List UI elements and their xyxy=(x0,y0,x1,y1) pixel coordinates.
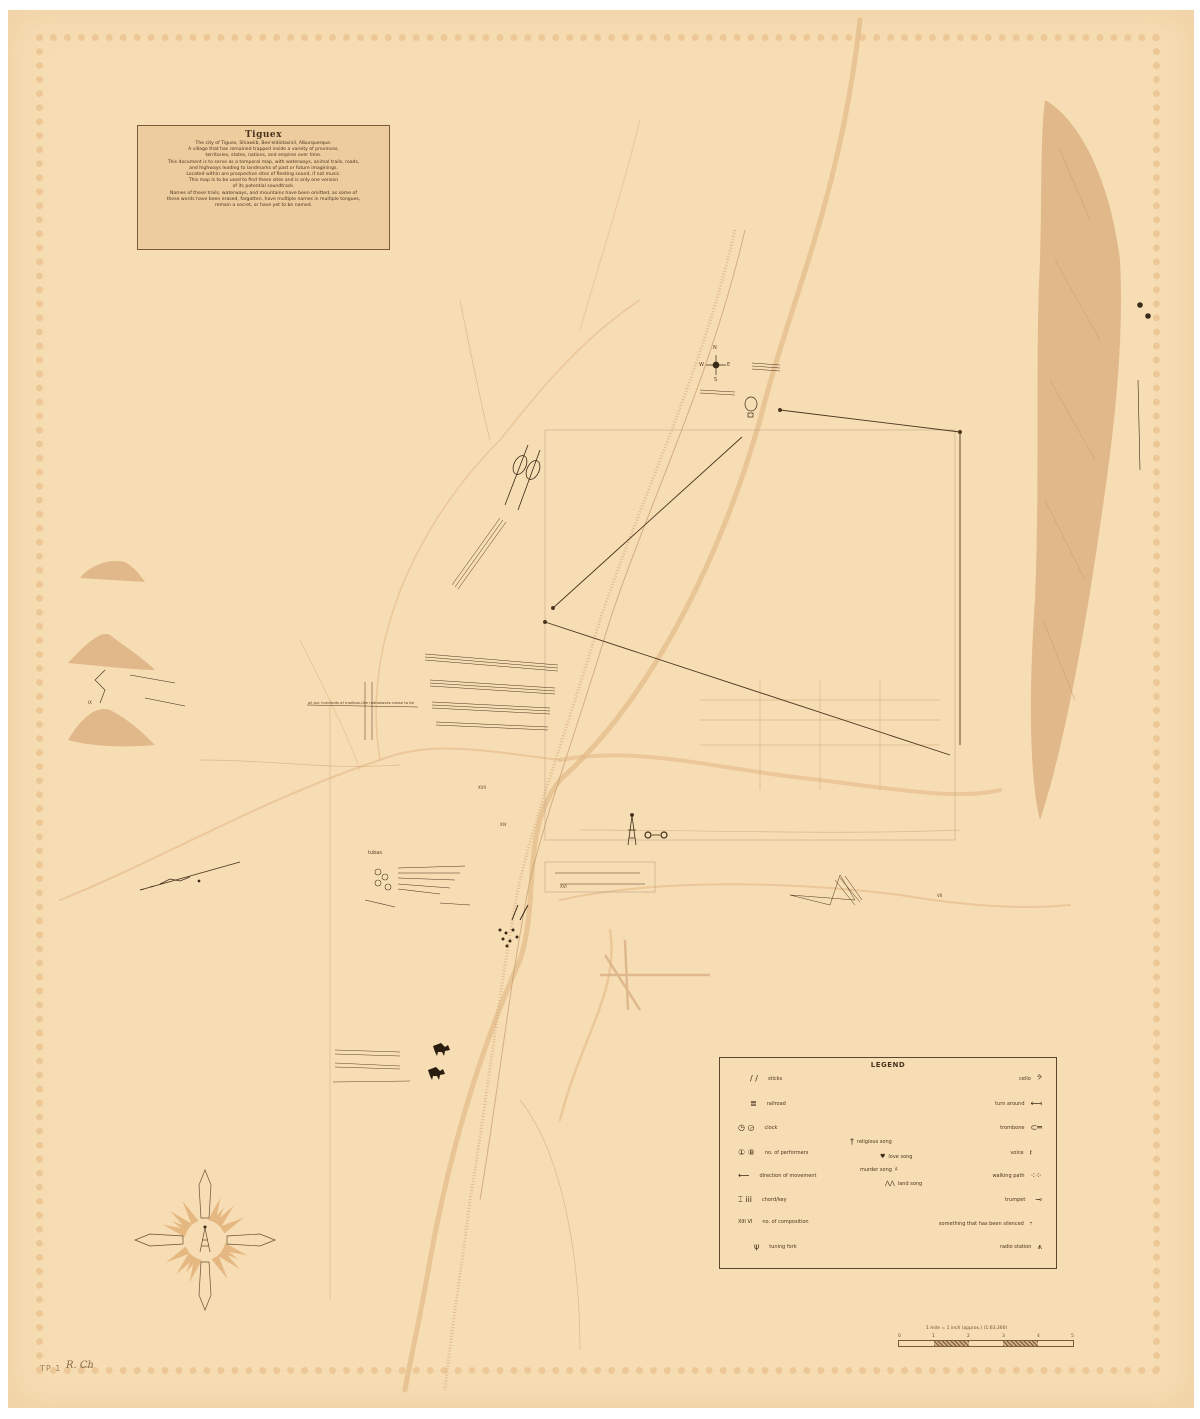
west-mountains xyxy=(68,561,155,747)
legend-item-direction: ⟵ direction of movement xyxy=(738,1171,816,1180)
performers-icon: ① ⑧ xyxy=(738,1148,755,1157)
legend-item-tuning-fork: ψ tuning fork xyxy=(754,1242,797,1251)
legend-label: cello xyxy=(1019,1076,1031,1082)
tubas-drawing xyxy=(365,866,470,907)
arroyo-north-2 xyxy=(580,120,640,330)
crossroads-score xyxy=(307,682,418,740)
highway xyxy=(480,230,745,1200)
road-3 xyxy=(580,830,960,832)
description-line: Names of these trails, waterways, and mo… xyxy=(144,191,383,197)
compass-n-label: N xyxy=(713,345,717,351)
scale-tick: 1 xyxy=(932,1334,935,1339)
legend-item-land-song: ⋀⋀ land song xyxy=(885,1180,922,1187)
hot-air-balloon xyxy=(745,397,757,417)
legend-item-clock: ◷ ◶ clock xyxy=(738,1123,777,1132)
west-procession xyxy=(140,877,200,890)
compass-w-label: W xyxy=(699,362,704,368)
sandia-mountains xyxy=(1031,100,1121,820)
legend-label: love song xyxy=(888,1154,912,1160)
legend-label: chord/key xyxy=(762,1197,787,1203)
legend-item-composition: XIII VI no. of composition xyxy=(738,1219,809,1225)
tributary-east xyxy=(560,755,1000,794)
legend-item-railroad: ≣ railroad xyxy=(750,1099,786,1108)
silenced-icon: 𝄾 xyxy=(1030,1219,1032,1229)
scale-caption: 1 mile = 1 inch (approx.) (1:63,360) xyxy=(926,1326,1007,1331)
horse-riders xyxy=(428,1043,450,1080)
diagonal-score xyxy=(452,518,506,589)
turn-around-icon: ⟻ xyxy=(1031,1099,1042,1108)
radio-station-icon: ⩚ xyxy=(1037,1242,1042,1252)
legend-item-voice: 𝄽 voice xyxy=(1010,1148,1032,1158)
murder-song-icon: ♯ xyxy=(895,1166,898,1173)
description-line: This document is to serve as a temporal … xyxy=(144,160,383,166)
legend-label: land song xyxy=(898,1181,922,1187)
legend-label: radio station xyxy=(1000,1244,1032,1250)
movement-line-nw xyxy=(553,437,742,608)
cello-icon: 𝄢 xyxy=(1037,1074,1042,1084)
crossed-arroyo xyxy=(600,940,710,1010)
legend-item-murder-song: ♯ murder song xyxy=(860,1166,898,1173)
legend-label: clock xyxy=(765,1125,778,1131)
legend-label: tuning fork xyxy=(769,1244,796,1250)
tributary-southeast xyxy=(560,884,1070,907)
central-score xyxy=(425,654,558,730)
legend-title: LEGEND xyxy=(720,1061,1056,1069)
compass-s-label: S xyxy=(714,377,717,383)
legend-item-chord: ⌶ iii chord/key xyxy=(738,1195,787,1205)
artist-signature: R. Ch xyxy=(66,1360,94,1371)
legend-label: no. of composition xyxy=(762,1219,808,1225)
scale-tick: 5 xyxy=(1071,1334,1074,1339)
legend-item-walking-path: ⁖⁘ walking path xyxy=(992,1171,1042,1180)
composition-xvii: XVII xyxy=(478,785,486,790)
title-cartouche: Tiguex The city of Tiguex, Shiawiib, Bee… xyxy=(137,125,390,250)
city-grid-outline xyxy=(545,430,955,840)
legend-box: LEGEND / / sticks ≣ railroad ◷ ◶ clock ①… xyxy=(719,1057,1057,1269)
legend-label: turn around xyxy=(995,1101,1024,1107)
scale-tick: 4 xyxy=(1037,1334,1040,1339)
west-arrows xyxy=(95,670,185,706)
sticks-icon: / / xyxy=(750,1074,758,1083)
chord-key-icon: ⌶ iii xyxy=(738,1195,752,1205)
movement-line-sw xyxy=(140,862,240,890)
composition-ix: IX xyxy=(88,700,92,705)
transmission-text: all our hundreds of mailbox-like radiowa… xyxy=(308,700,414,705)
legend-label: sticks xyxy=(768,1076,782,1082)
composition-vii: VII xyxy=(937,893,942,898)
legend-label: direction of movement xyxy=(759,1173,816,1179)
scale-tick: 2 xyxy=(967,1334,970,1339)
compass-e-label: E xyxy=(727,362,730,368)
legend-label: trumpet xyxy=(1005,1197,1025,1203)
composition-xiv: XIV xyxy=(500,822,507,827)
cellos xyxy=(505,445,543,510)
composition-number-icon: XIII VI xyxy=(738,1219,752,1225)
description-line: remain a secret, or have yet to be named… xyxy=(144,203,383,209)
trombone-icon: ⊂═ xyxy=(1030,1123,1042,1132)
legend-item-sticks: / / sticks xyxy=(750,1074,782,1083)
love-song-icon: ♥ xyxy=(880,1153,885,1160)
arroyo-west xyxy=(60,748,560,900)
legend-label: no. of performers xyxy=(765,1150,808,1156)
scale-bar-segments xyxy=(898,1340,1074,1347)
legend-label: religious song xyxy=(857,1139,892,1145)
legend-label: railroad xyxy=(767,1101,786,1107)
clock-icon: ◷ ◶ xyxy=(738,1123,755,1132)
east-edge-marks xyxy=(1138,303,1151,471)
voice-icon: 𝄽 xyxy=(1030,1148,1032,1158)
scale-tick: 3 xyxy=(1002,1334,1005,1339)
legend-label: voice xyxy=(1010,1150,1023,1156)
arroyo-south xyxy=(560,930,612,1120)
legend-item-trombone: ⊂═ trombone xyxy=(1000,1123,1042,1132)
legend-label: walking path xyxy=(992,1173,1024,1179)
walking-path-icon: ⁖⁘ xyxy=(1031,1171,1042,1180)
tubas-label: tubas xyxy=(368,850,382,856)
legend-item-religious-song: † religious song xyxy=(850,1137,892,1146)
direction-arrow-icon: ⟵ xyxy=(738,1171,749,1180)
legend-item-love-song: ♥ love song xyxy=(880,1153,912,1160)
legend-item-turn-around: ⟻ turn around xyxy=(995,1099,1042,1108)
scale-tick: 0 xyxy=(898,1334,901,1339)
edition-mark: TP 1 xyxy=(40,1364,61,1373)
road-5 xyxy=(460,300,490,440)
legend-item-cello: 𝄢 cello xyxy=(1019,1074,1042,1084)
road-4 xyxy=(520,1100,580,1350)
movement-line-ne xyxy=(780,410,960,432)
legend-label: trombone xyxy=(1000,1125,1024,1131)
compass-rose xyxy=(135,1170,275,1310)
legend-item-trumpet: ⊸ trumpet xyxy=(1005,1195,1042,1204)
composition-xvi: XVI xyxy=(560,884,567,889)
legend-item-silenced: 𝄾 something that has been silenced xyxy=(939,1219,1032,1229)
legend-label: murder song xyxy=(860,1167,892,1173)
legend-item-performers: ① ⑧ no. of performers xyxy=(738,1148,808,1157)
legend-item-radio-station: ⩚ radio station xyxy=(1000,1242,1042,1252)
religious-song-icon: † xyxy=(850,1137,854,1146)
legend-label: something that has been silenced xyxy=(939,1221,1024,1227)
small-compass xyxy=(706,355,726,375)
railroad-icon: ≣ xyxy=(750,1099,757,1108)
lower-score xyxy=(333,1050,410,1082)
trumpet-icon: ⊸ xyxy=(1035,1195,1042,1204)
tuning-fork-icon: ψ xyxy=(754,1242,759,1251)
land-song-icon: ⋀⋀ xyxy=(885,1180,895,1187)
road-6 xyxy=(700,680,940,790)
map-title: Tiguex xyxy=(144,130,383,140)
